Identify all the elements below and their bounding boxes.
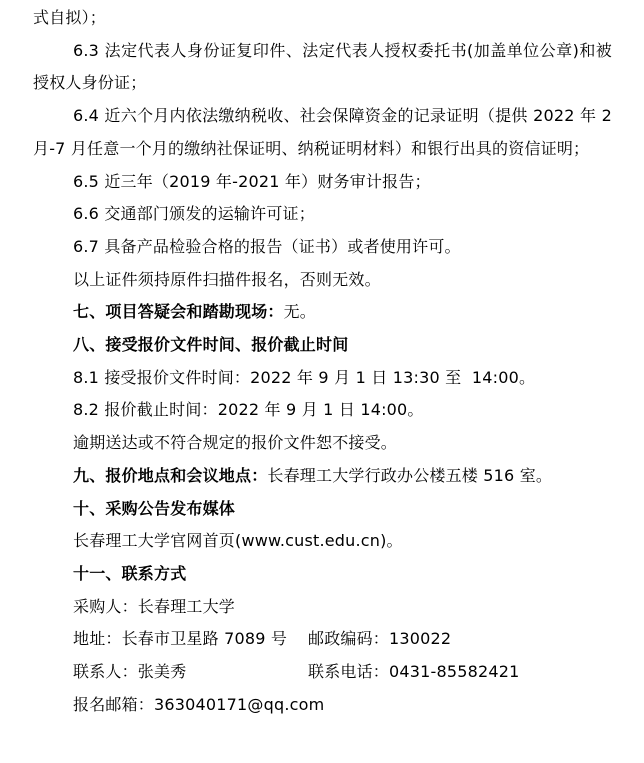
section-7-heading: 七、项目答疑会和踏勘现场：无。 (33, 296, 612, 329)
contact-phone-row-right: 联系电话：0431-85582421 (308, 662, 520, 681)
document-page: 式自拟）；6.3 法定代表人身份证复印件、法定代表人授权委托书(加盖单位公章)和… (0, 0, 644, 763)
section-7-heading-value-text: 无。 (284, 302, 316, 321)
clause-8-1: 8.1 接受报价文件时间：2022 年 9 月 1 日 13:30 至 14:0… (33, 362, 612, 395)
clause-6-7: 6.7 具备产品检验合格的报告（证书）或者使用许可。 (33, 231, 612, 264)
clause-6-3: 6.3 法定代表人身份证复印件、法定代表人授权委托书(加盖单位公章)和被授权人身… (33, 35, 612, 100)
publish-media-line: 长春理工大学官网首页(www.cust.edu.cn)。 (33, 525, 612, 558)
clause-8-note: 逾期送达或不符合规定的报价文件恕不接受。 (33, 427, 612, 460)
section-11-heading: 十一、联系方式 (33, 558, 612, 591)
section-10-heading-bold-text: 十、采购公告发布媒体 (73, 499, 235, 518)
purchaser-line: 采购人：长春理工大学 (33, 591, 612, 624)
section-7-heading-bold-text: 七、项目答疑会和踏勘现场： (73, 302, 284, 321)
contact-phone-row-left: 联系人：张美秀 (73, 656, 308, 689)
section-8-heading: 八、接受报价文件时间、报价截止时间 (33, 329, 612, 362)
contact-phone-row: 联系人：张美秀联系电话：0431-85582421 (33, 656, 612, 689)
address-postcode-row-right: 邮政编码：130022 (308, 629, 451, 648)
clause-6-2-continuation: 式自拟）； (33, 2, 612, 35)
clause-6-5: 6.5 近三年（2019 年-2021 年）财务审计报告； (33, 166, 612, 199)
address-postcode-row-left: 地址：长春市卫星路 7089 号 (73, 623, 308, 656)
document-body: 式自拟）；6.3 法定代表人身份证复印件、法定代表人授权委托书(加盖单位公章)和… (0, 0, 644, 721)
signup-email-line: 报名邮箱：363040171@qq.com (33, 689, 612, 722)
clause-6-6: 6.6 交通部门颁发的运输许可证； (33, 198, 612, 231)
address-postcode-row: 地址：长春市卫星路 7089 号邮政编码：130022 (33, 623, 612, 656)
section-10-heading: 十、采购公告发布媒体 (33, 493, 612, 526)
section-11-heading-bold-text: 十一、联系方式 (73, 564, 186, 583)
clause-6-4: 6.4 近六个月内依法缴纳税收、社会保障资金的记录证明（提供 2022 年 2 … (33, 100, 612, 165)
section-9-heading-value-text: 长春理工大学行政办公楼五楼 516 室。 (267, 466, 552, 485)
section-9-heading: 九、报价地点和会议地点：长春理工大学行政办公楼五楼 516 室。 (33, 460, 612, 493)
clause-8-2: 8.2 报价截止时间：2022 年 9 月 1 日 14:00。 (33, 394, 612, 427)
section-9-heading-bold-text: 九、报价地点和会议地点： (73, 466, 267, 485)
clause-6-note: 以上证件须持原件扫描件报名，否则无效。 (33, 264, 612, 297)
section-8-heading-bold-text: 八、接受报价文件时间、报价截止时间 (73, 335, 348, 354)
